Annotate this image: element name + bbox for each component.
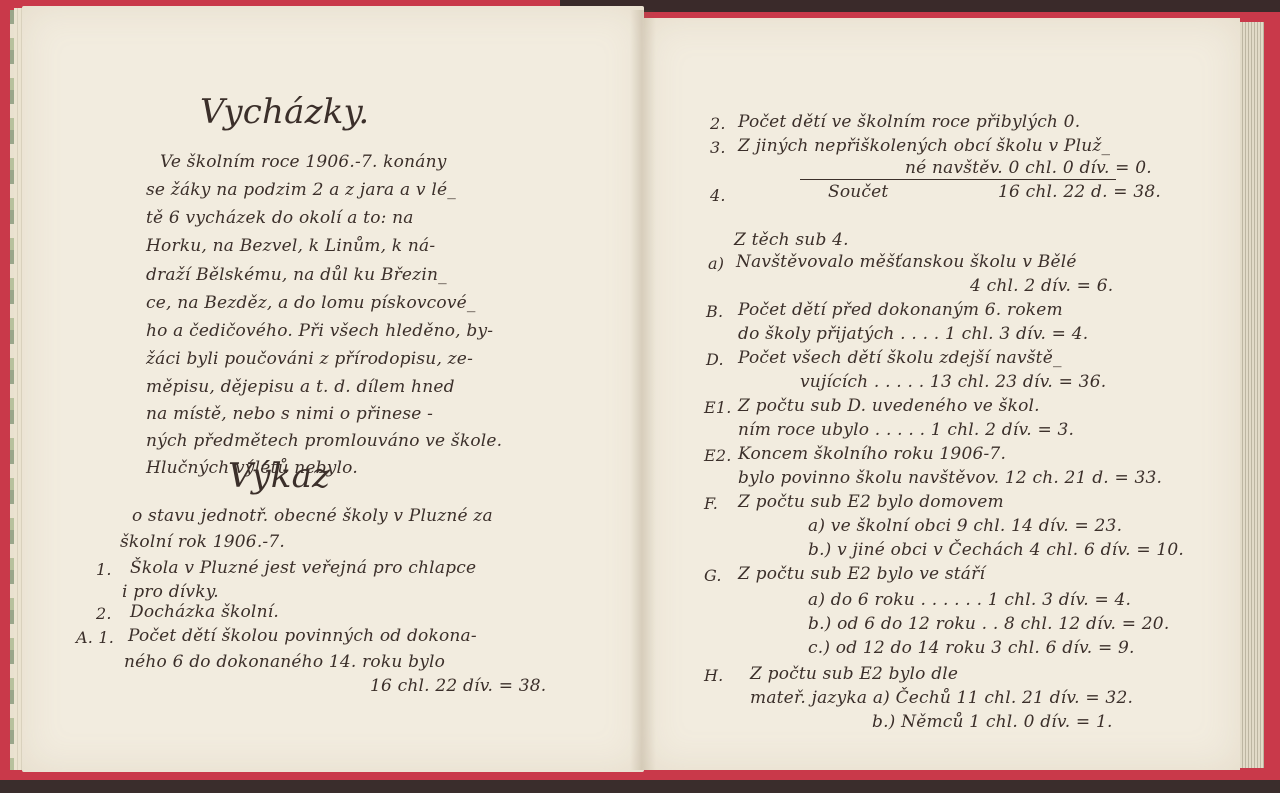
entry-marker: G. [704,566,722,585]
entry-line: vujících . . . . . 13 chl. 23 dív. = 36. [800,372,1106,392]
entry-marker: F. [704,494,718,513]
entry-line: b.) od 6 do 12 roku . . 8 chl. 12 dív. =… [808,614,1169,634]
item-marker: 2. [96,604,112,623]
subtitle-line: školní rok 1906.-7. [120,532,285,552]
item-line: ného 6 do dokonaného 14. roku bylo [124,652,445,672]
text-line: ných předmětech promlouváno ve škole. [146,431,502,451]
text-line: Ve školním roce 1906.-7. konány [160,152,447,172]
item-marker: A. 1. [76,628,114,647]
sum-value: 16 chl. 22 d. = 38. [998,182,1161,202]
entry-line: c.) od 12 do 14 roku 3 chl. 6 dív. = 9. [808,638,1135,658]
item-line: Z jiných nepřiškolených obcí školu v Plu… [738,136,1110,156]
sum-rule [800,179,1116,180]
entry-line: a) do 6 roku . . . . . . 1 chl. 3 dív. =… [808,590,1131,610]
entry-line: bylo povinno školu navštěvov. 12 ch. 21 … [738,468,1162,488]
entry-line: do školy přijatých . . . . 1 chl. 3 dív.… [738,324,1088,344]
item-line: né navštěv. 0 chl. 0 dív. = 0. [905,158,1152,178]
text-line: na místě, nebo s nimi o přinese - [146,404,433,424]
item-marker: 3. [710,138,726,157]
page-stack-right [1240,22,1264,768]
entry-line: mateř. jazyka a) Čechů 11 chl. 21 dív. =… [750,688,1133,708]
heading-vykaz: Výkaz [228,456,330,496]
text-line: ce, na Bezděz, a do lomu pískovcové_ [146,293,476,313]
entry-marker: E1. [704,398,732,417]
item-marker: 2. [710,114,726,133]
text-line: ho a čedičového. Při všech hleděno, by- [146,321,493,341]
text-line: měpisu, dějepisu a t. d. dílem hned [146,377,455,397]
entry-line: Z počtu sub E2 bylo domovem [738,492,1004,512]
entry-line: Z počtu sub D. uvedeného ve škol. [738,396,1040,416]
entry-line: Koncem školního roku 1906-7. [738,444,1006,464]
entry-marker: D. [706,350,724,369]
subtitle-line: o stavu jednotř. obecné školy v Pluzné z… [132,506,493,526]
text-line: žáci byli poučováni z přírodopisu, ze- [146,349,473,369]
heading-vychazky: Vycházky. [200,92,369,132]
sum-label: Součet [828,182,888,202]
entry-line: Z počtu sub E2 bylo ve stáří [738,564,985,584]
entry-marker: a) [708,254,724,273]
item-line: Škola v Pluzné jest veřejná pro chlapce [130,558,476,578]
entry-marker: E2. [704,446,732,465]
sub-heading: Z těch sub 4. [734,230,849,250]
entry-marker: B. [706,302,723,321]
item-line: 16 chl. 22 dív. = 38. [370,676,546,696]
entry-marker: H. [704,666,723,685]
text-line: Horku, na Bezvel, k Linům, k ná- [146,236,435,256]
entry-line: Navštěvovalo měšťanskou školu v Bělé [736,252,1077,272]
text-line: se žáky na podzim 2 a z jara a v lé_ [146,180,456,200]
entry-line: b.) Němců 1 chl. 0 dív. = 1. [872,712,1113,732]
entry-line: ním roce ubylo . . . . . 1 chl. 2 dív. =… [738,420,1074,440]
entry-line: Z počtu sub E2 bylo dle [750,664,958,684]
item-marker: 4. [710,186,726,205]
background-surface [560,0,1280,12]
book-gutter [630,10,656,770]
entry-line: 4 chl. 2 dív. = 6. [970,276,1113,296]
entry-line: Počet dětí před dokonaným 6. rokem [738,300,1063,320]
entry-line: a) ve školní obci 9 chl. 14 dív. = 23. [808,516,1122,536]
entry-line: Počet všech dětí školu zdejší navště_ [738,348,1062,368]
text-line: tě 6 vycházek do okolí a to: na [146,208,414,228]
item-line: Počet dětí ve školním roce přibylých 0. [738,112,1080,132]
item-line: Docházka školní. [130,602,279,622]
entry-line: b.) v jiné obci v Čechách 4 chl. 6 dív. … [808,540,1184,560]
text-line: draží Bělskému, na důl ku Březin_ [146,265,447,285]
item-line: Počet dětí školou povinných od dokona- [128,626,477,646]
item-line: i pro dívky. [122,582,219,602]
item-marker: 1. [96,560,112,579]
